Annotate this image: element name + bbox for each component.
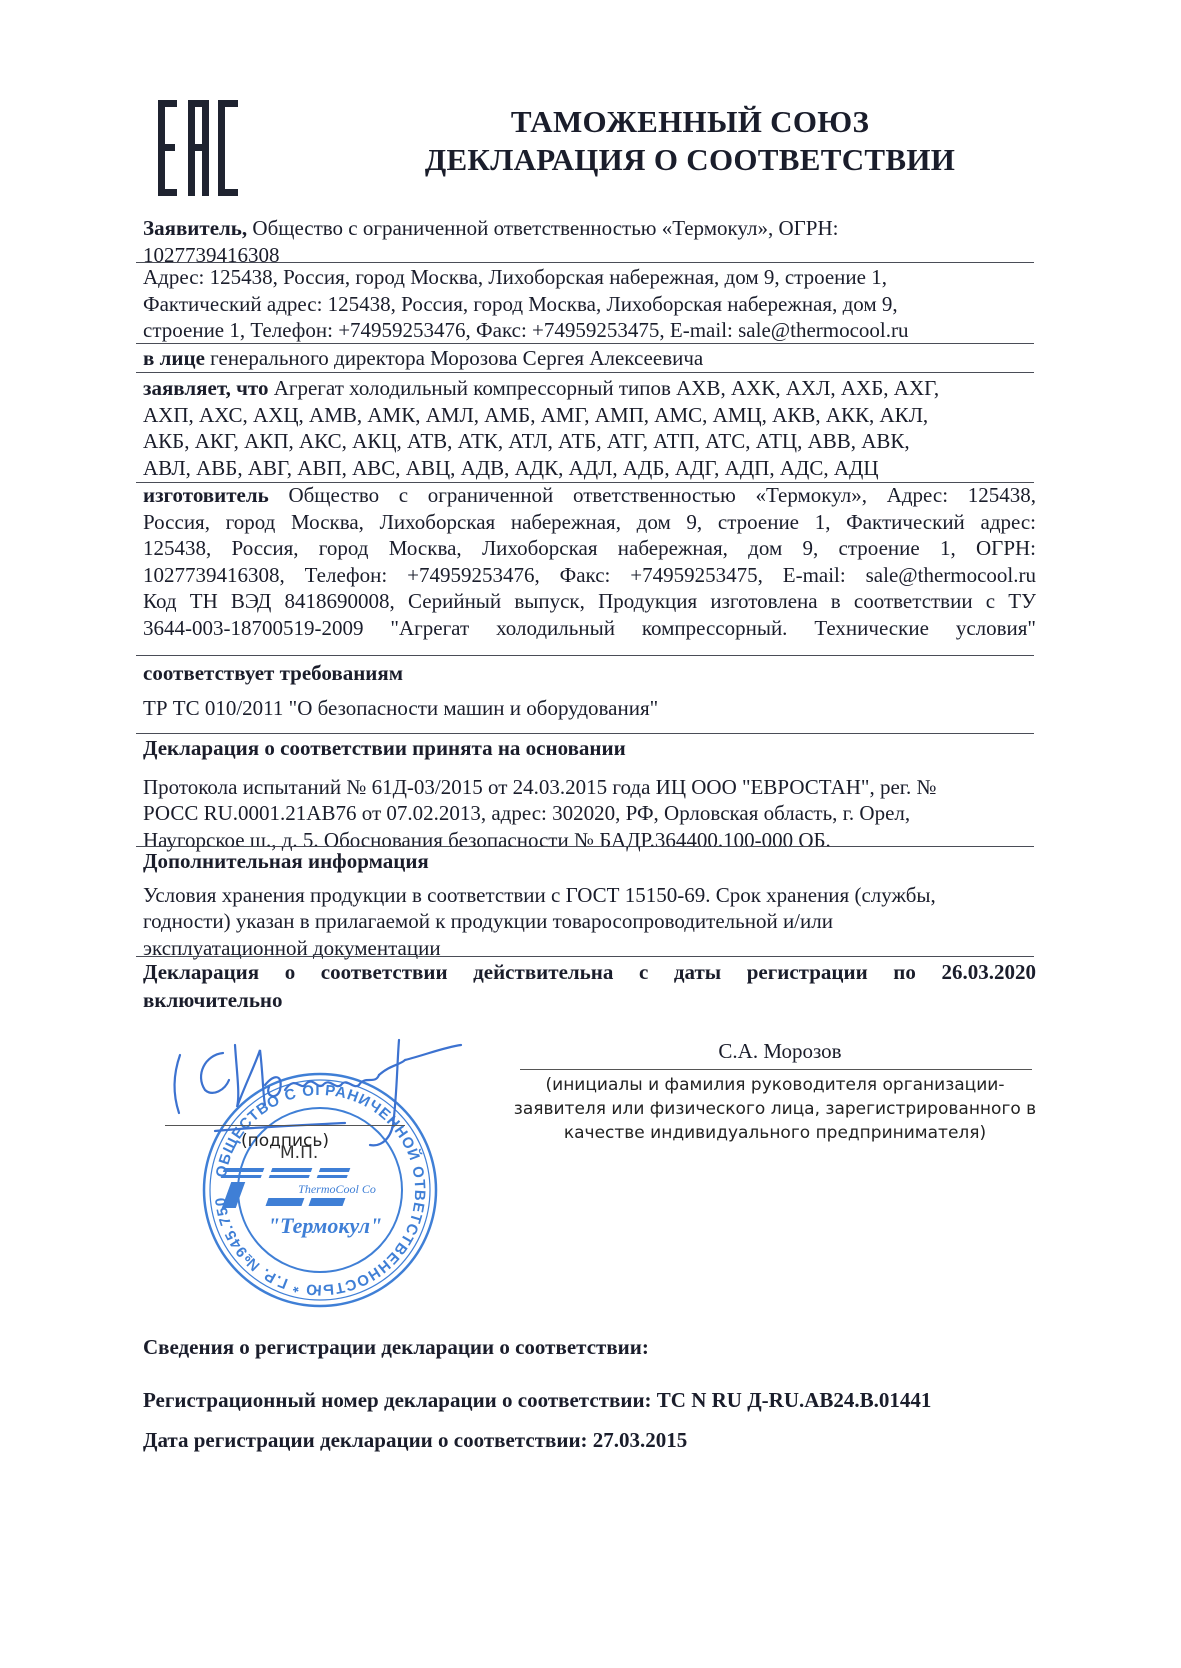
registration-number: Регистрационный номер декларации о соотв… — [143, 1387, 1036, 1414]
name-caption: (инициалы и фамилия руководителя организ… — [505, 1073, 1045, 1145]
eac-mark-icon — [158, 100, 238, 196]
declares-line-4: АВЛ, АВБ, АВГ, АВП, АВС, АВЦ, АДВ, АДК, … — [143, 455, 1036, 482]
address-line-3: строение 1, Телефон: +74959253476, Факс:… — [143, 317, 1036, 344]
applicant-label: Заявитель, — [143, 216, 247, 240]
divider — [136, 372, 1034, 373]
name-caption-line-2: заявителя или физического лица, зарегист… — [505, 1097, 1045, 1121]
represented-by-text: генерального директора Морозова Сергея А… — [205, 346, 703, 370]
additional-info-label: Дополнительная информация — [143, 848, 1036, 875]
declaration-page: ТАМОЖЕННЫЙ СОЮЗ ДЕКЛАРАЦИЯ О СООТВЕТСТВИ… — [0, 0, 1181, 1668]
additional-info-section: Дополнительная информация Условия хранен… — [143, 848, 1036, 961]
declares-section: заявляет, что Агрегат холодильный компре… — [143, 375, 1036, 481]
represented-by-label: в лице — [143, 346, 205, 370]
declares-label: заявляет, что — [143, 376, 268, 400]
name-line — [520, 1069, 1032, 1070]
signature-line — [165, 1125, 405, 1126]
declares-line-3: АКБ, АКГ, АКП, АКС, АКЦ, АТВ, АТК, АТЛ, … — [143, 428, 1036, 455]
basis-line-2: РОСС RU.0001.21АВ76 от 07.02.2013, адрес… — [143, 800, 1036, 827]
additional-line-1: Условия хранения продукции в соответстви… — [143, 882, 1036, 909]
validity-section: Декларация о соответствии действительна … — [143, 958, 1036, 1014]
stamp-name: "Термокул" — [268, 1213, 382, 1238]
additional-line-2: годности) указан в прилагаемой к продукц… — [143, 908, 1036, 935]
signer-name: С.А. Морозов — [620, 1037, 940, 1065]
manufacturer-line-6: 3644-003-18700519-2009 "Агрегат холодиль… — [143, 615, 1036, 642]
manufacturer-line-2: Россия, город Москва, Лихоборская набере… — [143, 509, 1036, 536]
manufacturer-line-1: Общество с ограниченной ответственностью… — [269, 483, 1036, 507]
declares-line-1: Агрегат холодильный компрессорный типов … — [268, 376, 939, 400]
divider — [136, 343, 1034, 344]
divider — [136, 956, 1034, 957]
name-caption-line-3: качестве индивидуального предпринимателя… — [505, 1121, 1045, 1145]
applicant-section: Заявитель, Общество с ограниченной ответ… — [143, 215, 1036, 268]
basis-section: Декларация о соответствии принята на осн… — [143, 735, 1036, 853]
address-section: Адрес: 125438, Россия, город Москва, Лих… — [143, 264, 1036, 344]
manufacturer-section: изготовитель Общество с ограниченной отв… — [143, 482, 1036, 641]
registration-section: Сведения о регистрации декларации о соот… — [143, 1334, 1036, 1454]
document-title: ТАМОЖЕННЫЙ СОЮЗ ДЕКЛАРАЦИЯ О СООТВЕТСТВИ… — [380, 103, 1000, 179]
requirements-section: соответствует требованиям ТР ТС 010/2011… — [143, 660, 1036, 721]
divider — [136, 262, 1034, 263]
validity-line-1: Декларация о соответствии действительна … — [143, 958, 1036, 986]
basis-line-1: Протокола испытаний № 61Д-03/2015 от 24.… — [143, 774, 1036, 801]
represented-by-section: в лице генерального директора Морозова С… — [143, 345, 1036, 372]
address-line-2: Фактический адрес: 125438, Россия, город… — [143, 291, 1036, 318]
applicant-text: Общество с ограниченной ответственностью… — [247, 216, 838, 240]
registration-date: Дата регистрации декларации о соответств… — [143, 1427, 1036, 1454]
requirements-text: ТР ТС 010/2011 "О безопасности машин и о… — [143, 695, 1036, 722]
address-line-1: Адрес: 125438, Россия, город Москва, Лих… — [143, 264, 1036, 291]
manufacturer-line-5: Код ТН ВЭД 8418690008, Серийный выпуск, … — [143, 588, 1036, 615]
name-caption-line-1: (инициалы и фамилия руководителя организ… — [505, 1073, 1045, 1097]
title-line-1: ТАМОЖЕННЫЙ СОЮЗ — [380, 103, 1000, 141]
manufacturer-line-3: 125438, Россия, город Москва, Лихоборска… — [143, 535, 1036, 562]
signature-caption: (подпись) — [205, 1129, 365, 1153]
declares-line-2: АХП, АХС, АХЦ, АМВ, АМК, АМЛ, АМБ, АМГ, … — [143, 402, 1036, 429]
validity-line-2: включительно — [143, 986, 1036, 1014]
manufacturer-line-4: 1027739416308, Телефон: +74959253476, Фа… — [143, 562, 1036, 589]
divider — [136, 655, 1034, 656]
divider — [136, 733, 1034, 734]
basis-label: Декларация о соответствии принята на осн… — [143, 735, 1036, 762]
requirements-label: соответствует требованиям — [143, 660, 1036, 687]
manufacturer-label: изготовитель — [143, 483, 269, 507]
registration-heading: Сведения о регистрации декларации о соот… — [143, 1334, 1036, 1361]
stamp-brand: ThermoCool Co — [298, 1182, 376, 1196]
title-line-2: ДЕКЛАРАЦИЯ О СООТВЕТСТВИИ — [380, 141, 1000, 179]
divider — [136, 846, 1034, 847]
